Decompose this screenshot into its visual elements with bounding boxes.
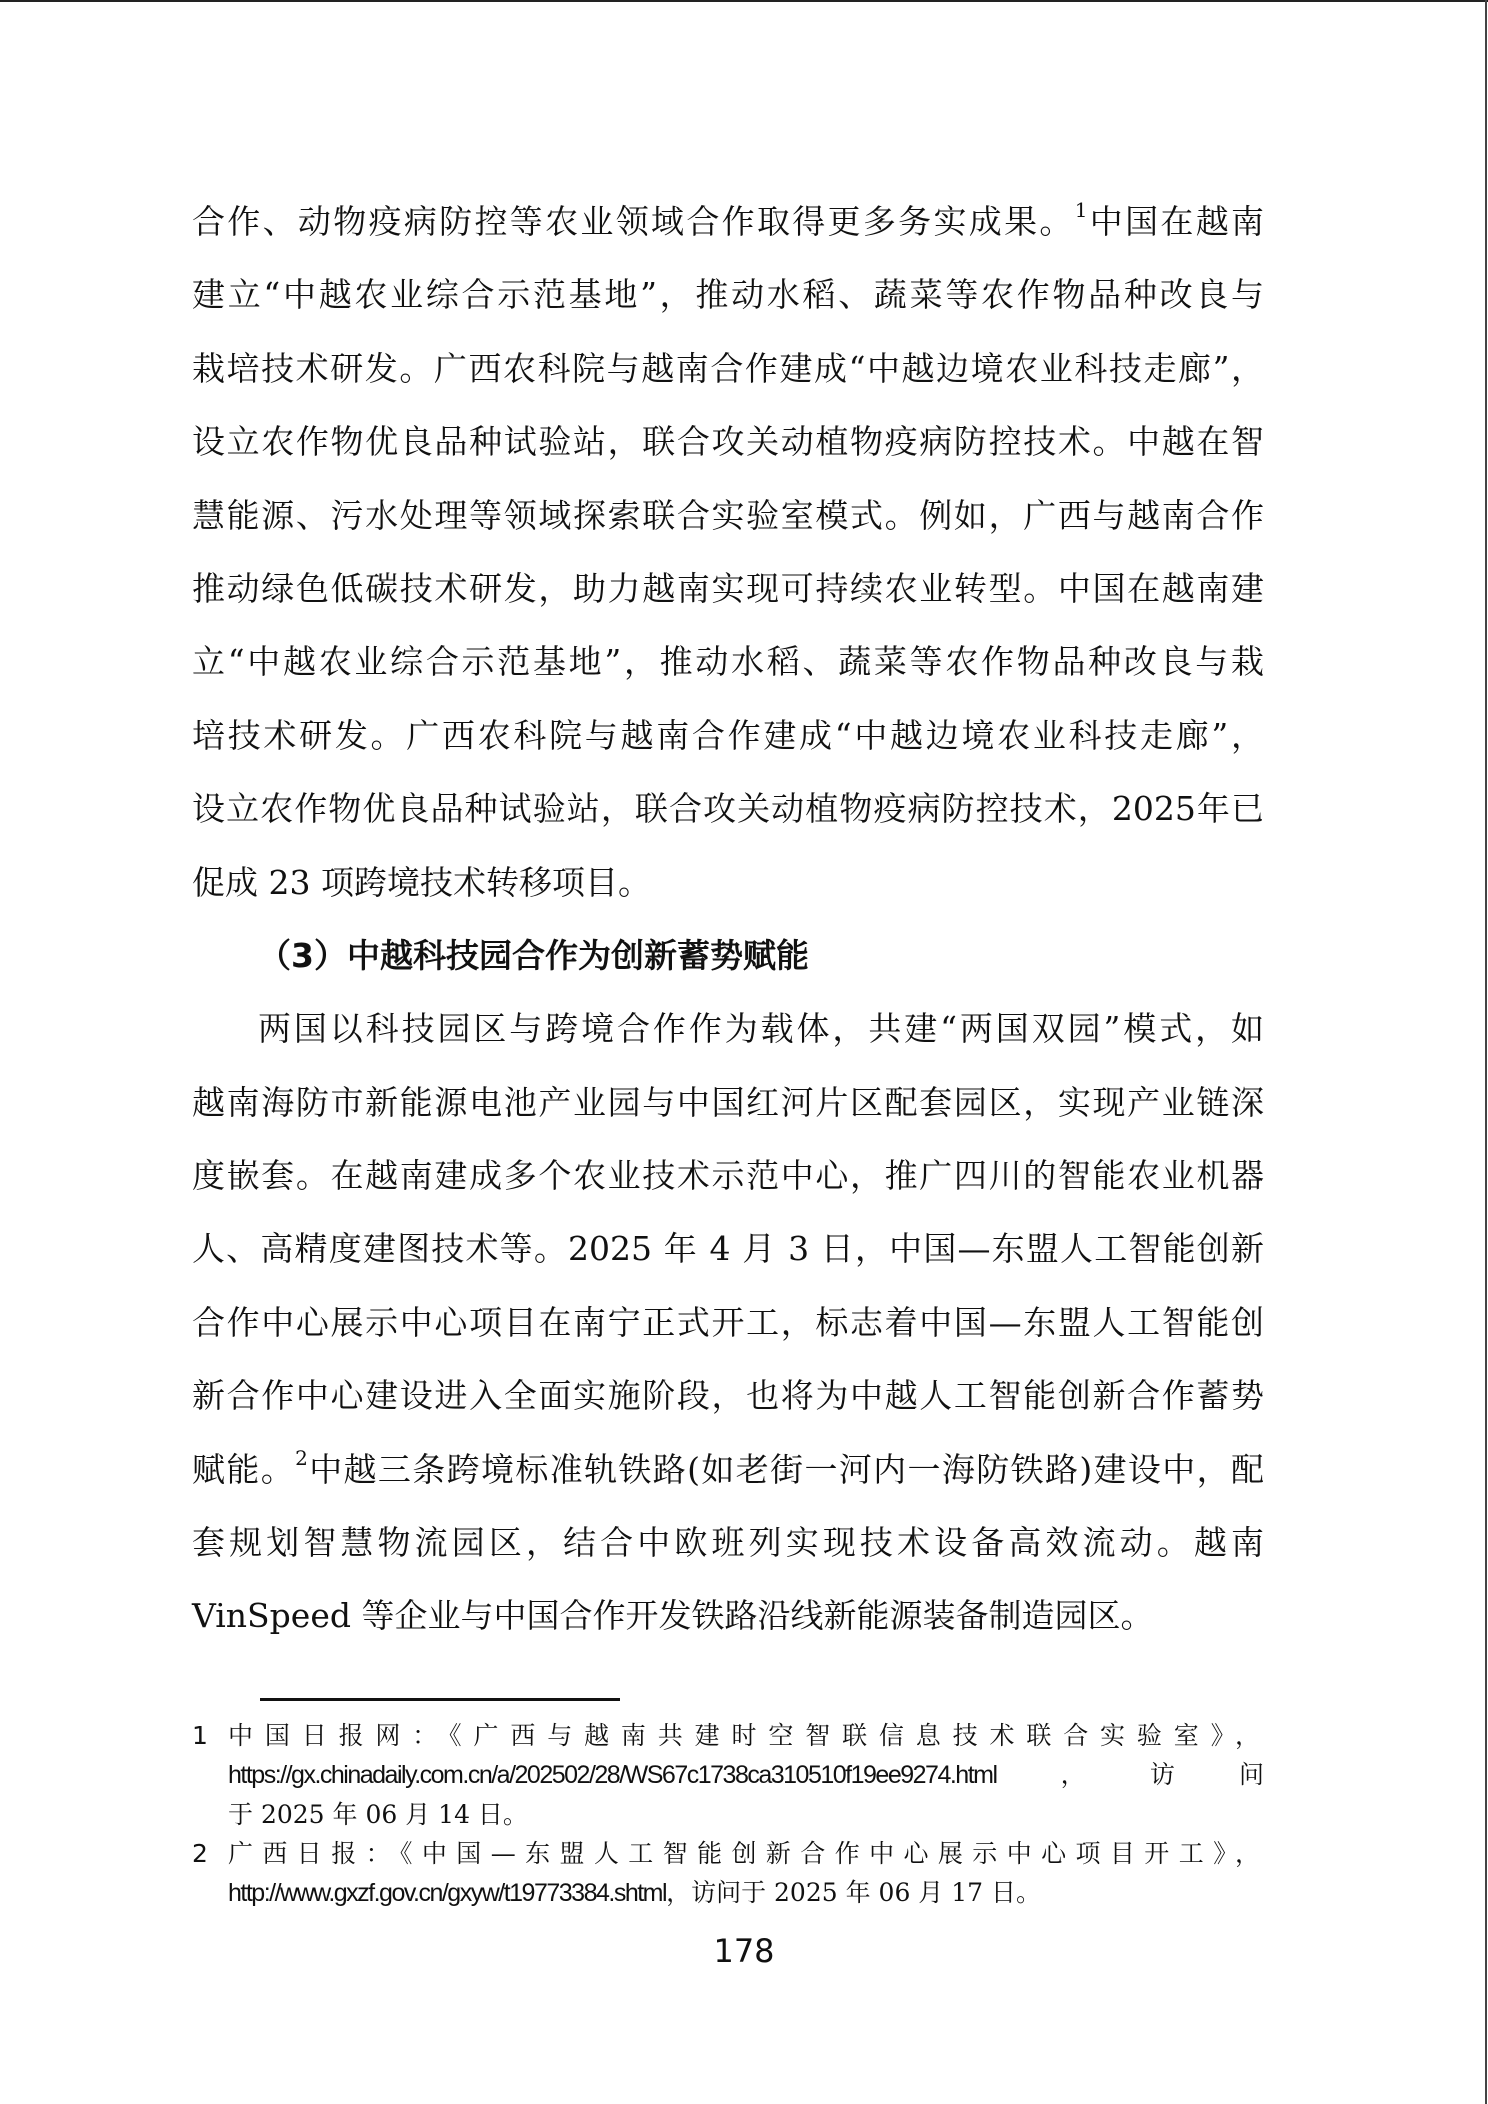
body-line: 越南海防市新能源电池产业园与中国红河片区配套园区，实现产业链深 [192,1073,1264,1146]
body-text: 合作、动物疫病防控等农业领域合作取得更多务实成果。 [192,202,1075,241]
body-line: 立“中越农业综合示范基地”，推动水稻、蔬菜等农作物品种改良与栽 [192,632,1264,705]
page-top-border [0,0,1488,2]
footnote-url-link[interactable]: http://www.gxzf.gov.cn/gxyw/t19773384.sh… [228,1879,666,1907]
footnote-url-line: http://www.gxzf.gov.cn/gxyw/t19773384.sh… [228,1873,1264,1913]
page-body: 合作、动物疫病防控等农业领域合作取得更多务实成果。1中国在越南 建立“中越农业综… [192,192,1264,1660]
body-text: 中越三条跨境标准轨铁路(如老街一河内一海防铁路)建设中，配 [308,1450,1264,1489]
footnote-text: ，访问 [997,1760,1264,1789]
body-line: VinSpeed 等企业与中国合作开发铁路沿线新能源装备制造园区。 [192,1586,1264,1659]
footnote-separator [260,1698,620,1701]
footnote-text: ，访问于 2025 年 06 月 17 日。 [666,1878,1041,1907]
footnotes: 1 中国日报网：《广西与越南共建时空智联信息技术联合实验室》， https://… [192,1716,1264,1913]
footnote-title: 广西日报：《中国—东盟人工智能创新合作中心展示中心项目开工》， [228,1834,1264,1873]
page-right-border [1485,0,1487,2104]
footnote-access-date: 于 2025 年 06 月 14 日。 [228,1795,1264,1834]
section-heading: （3）中越科技园合作为创新蓄势赋能 [192,926,1264,999]
body-text: 中国在越南 [1087,202,1264,241]
body-line: 套规划智慧物流园区，结合中欧班列实现技术设备高效流动。越南 [192,1513,1264,1586]
body-line: 设立农作物优良品种试验站，联合攻关动植物疫病防控技术。中越在智 [192,412,1264,485]
footnote-url-link[interactable]: https://gx.chinadaily.com.cn/a/202502/28… [228,1761,997,1789]
body-line: 两国以科技园区与跨境合作作为载体，共建“两国双园”模式，如 [192,999,1264,1072]
body-line: 设立农作物优良品种试验站，联合攻关动植物疫病防控技术，2025年已 [192,779,1264,852]
body-line: 人、高精度建图技术等。2025 年 4 月 3 日，中国—东盟人工智能创新 [192,1219,1264,1292]
body-line: 栽培技术研发。广西农科院与越南合作建成“中越边境农业科技走廊”， [192,339,1264,412]
footnote-number: 1 [192,1716,208,1755]
body-line: 建立“中越农业综合示范基地”，推动水稻、蔬菜等农作物品种改良与 [192,265,1264,338]
footnote-ref-1[interactable]: 1 [1075,198,1088,222]
body-line: 度嵌套。在越南建成多个农业技术示范中心，推广四川的智能农业机器 [192,1146,1264,1219]
body-line: 培技术研发。广西农科院与越南合作建成“中越边境农业科技走廊”， [192,706,1264,779]
body-line: 促成 23 项跨境技术转移项目。 [192,853,1264,926]
body-line: 合作、动物疫病防控等农业领域合作取得更多务实成果。1中国在越南 [192,192,1264,265]
body-line: 合作中心展示中心项目在南宁正式开工，标志着中国—东盟人工智能创 [192,1293,1264,1366]
body-line: 新合作中心建设进入全面实施阶段，也将为中越人工智能创新合作蓄势 [192,1366,1264,1439]
footnote-ref-2[interactable]: 2 [295,1446,308,1470]
footnote-2: 2 广西日报：《中国—东盟人工智能创新合作中心展示中心项目开工》， http:/… [192,1834,1264,1913]
page-number: 178 [0,1932,1488,1970]
body-line: 赋能。2中越三条跨境标准轨铁路(如老街一河内一海防铁路)建设中，配 [192,1440,1264,1513]
body-line: 推动绿色低碳技术研发，助力越南实现可持续农业转型。中国在越南建 [192,559,1264,632]
footnote-number: 2 [192,1834,208,1873]
footnote-1: 1 中国日报网：《广西与越南共建时空智联信息技术联合实验室》， https://… [192,1716,1264,1834]
footnote-url-line: https://gx.chinadaily.com.cn/a/202502/28… [228,1755,1264,1795]
body-line: 慧能源、污水处理等领域探索联合实验室模式。例如，广西与越南合作 [192,486,1264,559]
footnote-title: 中国日报网：《广西与越南共建时空智联信息技术联合实验室》， [228,1716,1264,1755]
body-text: 赋能。 [192,1450,295,1489]
